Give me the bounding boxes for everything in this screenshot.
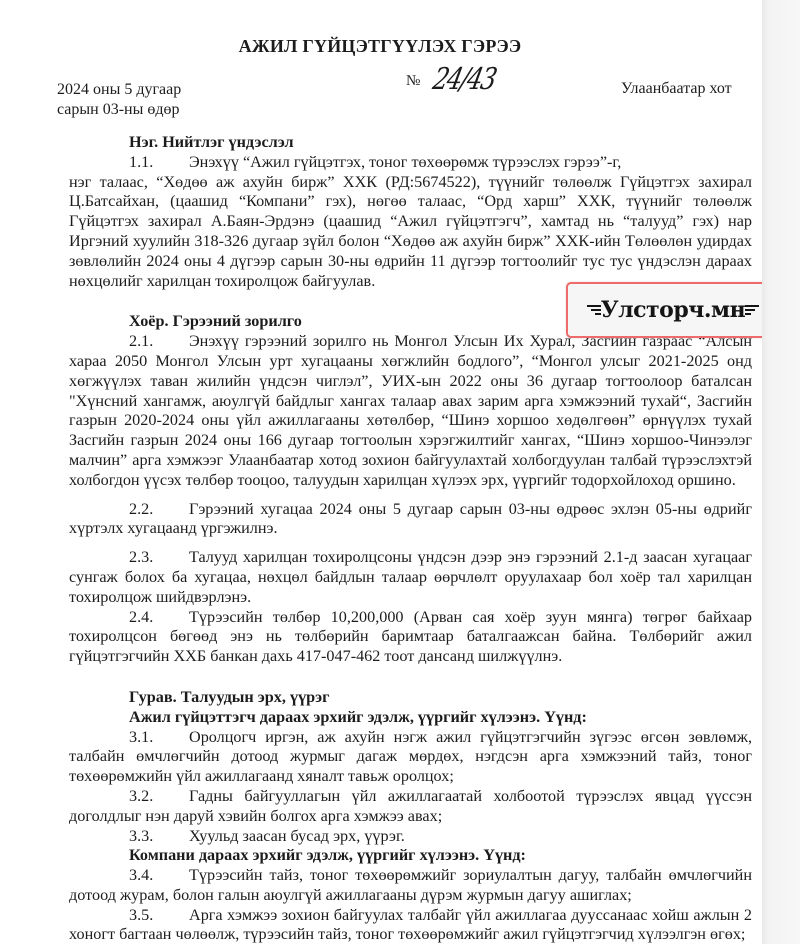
clause-2-3: 2.3.Талууд харилцан тохиролцсоны үндсэн … xyxy=(69,548,752,607)
wing-right-icon xyxy=(745,303,759,317)
clause-1-1: 1.1.Энэхүү “Ажил гүйцэтгэх, тоног төхөөр… xyxy=(69,153,752,173)
clause-number: 3.5. xyxy=(69,906,189,926)
wing-left-icon xyxy=(587,303,601,317)
clause-text: Хуульд заасан бусад эрх, үүрэг. xyxy=(189,827,405,845)
date-line-2: сарын 03-ны өдөр xyxy=(57,100,181,120)
clause-number: 2.4. xyxy=(69,608,189,628)
page-edge-shadow xyxy=(762,0,800,944)
date-line-1: 2024 оны 5 дугаар xyxy=(57,80,181,100)
clause-number: 2.1. xyxy=(69,332,189,352)
contract-date: 2024 оны 5 дугаар сарын 03-ны өдөр xyxy=(57,80,181,120)
clause-number: 3.2. xyxy=(69,787,189,807)
section-3-heading: Гурав. Талуудын эрх, үүрэг xyxy=(69,688,752,708)
watermark-logo: Улсторч.мн xyxy=(566,282,780,338)
clause-3-4: 3.4.Түрээсийн тайз, тоног төхөөрөмжийг з… xyxy=(69,866,752,906)
clause-text: Энэхүү гэрээний зорилго нь Монгол Улсын … xyxy=(69,332,752,489)
contract-body: Нэг. Нийтлэг үндэслэл 1.1.Энэхүү “Ажил г… xyxy=(69,133,752,944)
clause-3-3: 3.3.Хуульд заасан бусад эрх, үүрэг. xyxy=(69,827,752,847)
watermark-text: Улсторч.мн xyxy=(601,297,745,323)
clause-2-2: 2.2.Гэрээний хугацаа 2024 оны 5 дугаар с… xyxy=(69,500,752,540)
document-page: АЖИЛ ГҮЙЦЭТГҮҮЛЭХ ГЭРЭЭ № 24/43 2024 оны… xyxy=(0,0,762,944)
company-duties-heading: Компани дараах эрхийг эдэлж, үүргийг хүл… xyxy=(69,846,752,866)
clause-number: 1.1. xyxy=(69,153,189,173)
contract-number: № 24/43 xyxy=(406,58,503,93)
clause-number: 3.1. xyxy=(69,728,189,748)
number-sign: № xyxy=(406,73,420,89)
clause-number: 3.3. xyxy=(69,827,189,847)
clause-3-2: 3.2.Гадны байгууллагын үйл ажиллагаатай … xyxy=(69,787,752,827)
clause-3-1: 3.1.Оролцогч иргэн, аж ахуйн нэгж ажил г… xyxy=(69,728,752,787)
contract-city: Улаанбаатар хот xyxy=(621,80,732,98)
clause-number: 2.3. xyxy=(69,548,189,568)
clause-3-5: 3.5.Арга хэмжээ зохион байгуулах талбайг… xyxy=(69,906,752,944)
clause-number: 3.4. xyxy=(69,866,189,886)
document-title: АЖИЛ ГҮЙЦЭТГҮҮЛЭХ ГЭРЭЭ xyxy=(0,36,760,57)
clause-lead: Энэхүү “Ажил гүйцэтгэх, тоног төхөөрөмж … xyxy=(189,153,621,171)
clause-2-4: 2.4.Түрээсийн төлбөр 10,200,000 (Арван с… xyxy=(69,608,752,667)
clause-2-1: 2.1.Энэхүү гэрээний зорилго нь Монгол Ул… xyxy=(69,332,752,490)
section-1-heading: Нэг. Нийтлэг үндэслэл xyxy=(69,133,752,153)
handwritten-number: 24/43 xyxy=(430,62,499,97)
clause-number: 2.2. xyxy=(69,500,189,520)
contractor-duties-heading: Ажил гүйцэттэгч дараах эрхийг эдэлж, үүр… xyxy=(69,708,752,728)
clause-1-1-body: нэг талаас, “Хөдөө аж ахуйн бирж” ХХК (Р… xyxy=(69,173,752,292)
